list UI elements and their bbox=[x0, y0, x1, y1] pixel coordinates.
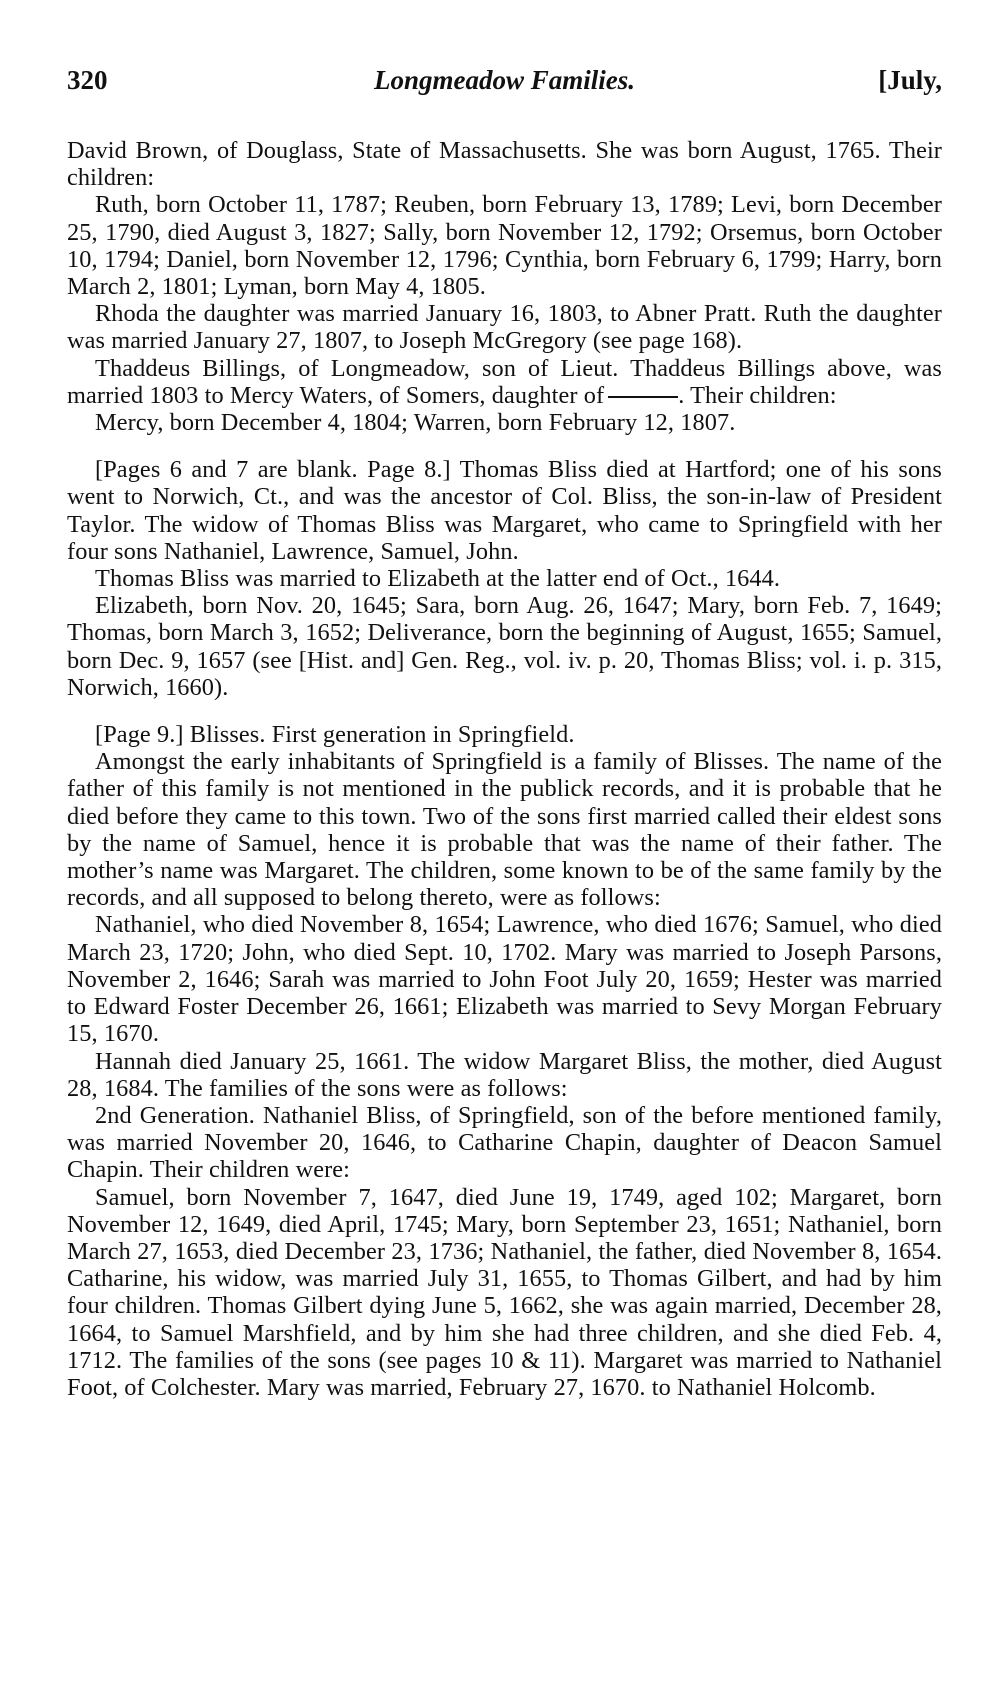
paragraph: 2nd Generation. Nathaniel Bliss, of Spri… bbox=[67, 1102, 942, 1184]
paragraph-text-suffix: . Their children: bbox=[678, 382, 836, 409]
paragraph: [Pages 6 and 7 are blank. Page 8.] Thoma… bbox=[67, 456, 942, 565]
blank-dash bbox=[608, 396, 678, 398]
paragraph: Nathaniel, who died November 8, 1654; La… bbox=[67, 911, 942, 1047]
section-heading: [Page 9.] Blisses. First generation in S… bbox=[67, 721, 942, 748]
paragraph: Elizabeth, born Nov. 20, 1645; Sara, bor… bbox=[67, 592, 942, 701]
running-month: [July, bbox=[878, 60, 942, 100]
paragraph: Rhoda the daughter was married January 1… bbox=[67, 300, 942, 354]
paragraph: Hannah died January 25, 1661. The widow … bbox=[67, 1048, 942, 1102]
body-text: David Brown, of Douglass, State of Massa… bbox=[67, 137, 942, 1401]
paragraph: Samuel, born November 7, 1647, died June… bbox=[67, 1184, 942, 1402]
paragraph: Amongst the early inhabitants of Springf… bbox=[67, 748, 942, 911]
paragraph: David Brown, of Douglass, State of Massa… bbox=[67, 137, 942, 191]
running-head: 320 Longmeadow Families. [July, bbox=[67, 60, 942, 100]
paragraph: Mercy, born December 4, 1804; Warren, bo… bbox=[67, 409, 942, 436]
paragraph: Thaddeus Billings, of Longmeadow, son of… bbox=[67, 355, 942, 409]
paragraph: Thomas Bliss was married to Elizabeth at… bbox=[67, 565, 942, 592]
paragraph: Ruth, born October 11, 1787; Reuben, bor… bbox=[67, 191, 942, 300]
running-title: Longmeadow Families. bbox=[67, 60, 942, 100]
book-page: 320 Longmeadow Families. [July, David Br… bbox=[67, 60, 942, 1401]
